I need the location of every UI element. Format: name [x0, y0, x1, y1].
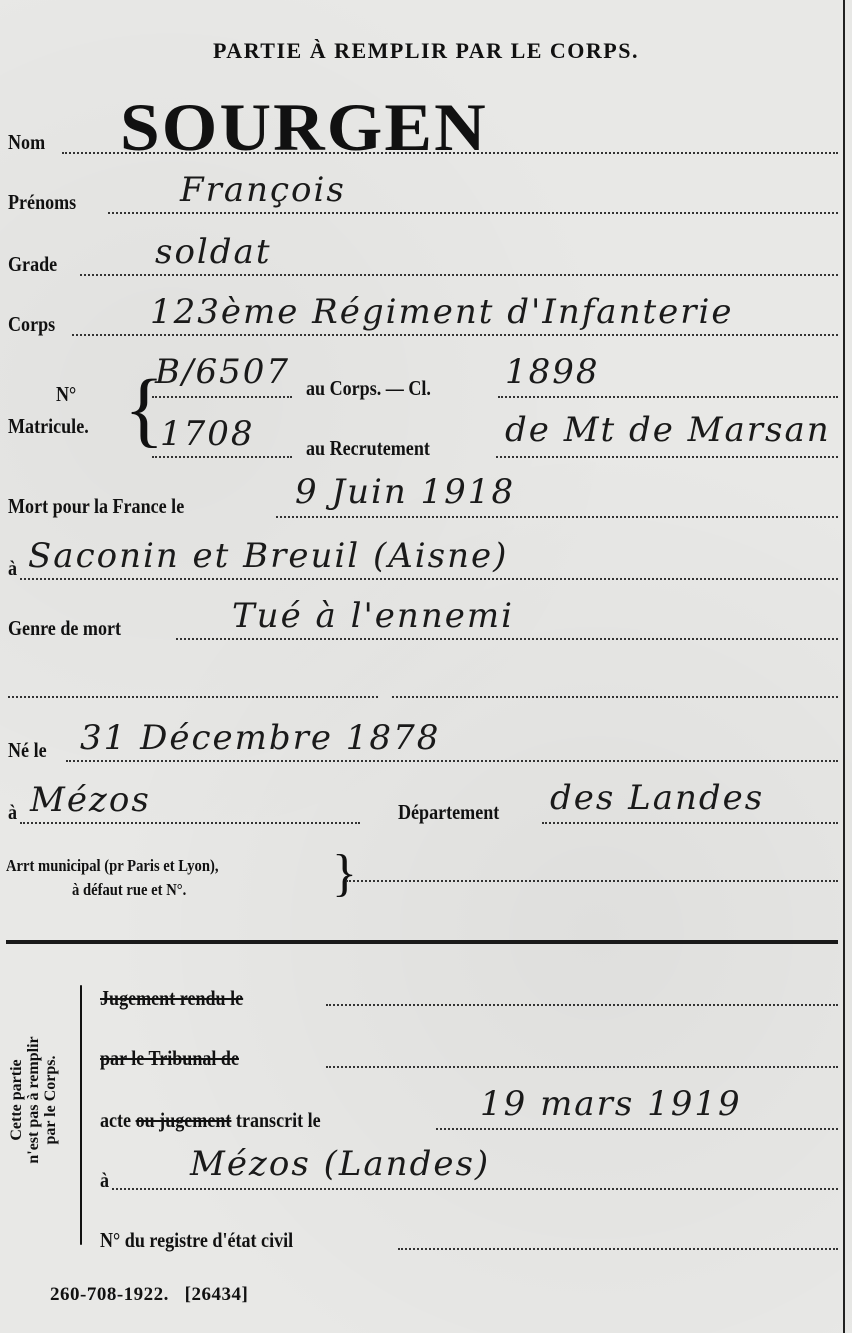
mort-lieu-label: à [8, 556, 17, 581]
corps-value: 123ème Régiment d'Infanterie [150, 292, 734, 332]
section-divider [6, 940, 838, 944]
side-note-line1: Cette partie [8, 970, 25, 1230]
matricule-label-no: N° [56, 382, 76, 407]
prenoms-label: Prénoms [8, 190, 76, 215]
nom-value: SOURGEN [120, 88, 488, 167]
arrondissement-label-line2: à défaut rue et N°. [72, 880, 186, 900]
recrutement-line [496, 456, 838, 458]
acte-line [436, 1128, 838, 1130]
ne-le-line [66, 760, 838, 762]
side-note-line3: par le Corps. [42, 970, 59, 1230]
page-border [843, 0, 845, 1333]
tribunal-line [326, 1066, 838, 1068]
footer-code: 260-708-1922. [50, 1284, 169, 1305]
mort-line [276, 516, 838, 518]
civil-lieu-line [112, 1188, 838, 1190]
registre-line [398, 1248, 838, 1250]
arrondissement-line [346, 880, 838, 882]
mort-lieu-value: Saconin et Breuil (Aisne) [28, 536, 508, 576]
corps-line [72, 334, 838, 336]
recrutement-label: au Recrutement [306, 436, 430, 461]
genre-mort-line [176, 638, 838, 640]
grade-line [80, 274, 838, 276]
ne-le-value: 31 Décembre 1878 [80, 718, 440, 758]
matricule-recrutement-line [152, 456, 292, 458]
departement-line [542, 822, 838, 824]
civil-section-brace [80, 985, 82, 1245]
recrutement-place: de Mt de Marsan [505, 410, 831, 450]
registre-label: N° du registre d'état civil [100, 1228, 293, 1253]
civil-side-note: Cette partie n'est pas à remplir par le … [8, 970, 59, 1230]
footer-ref: [26434] [185, 1284, 249, 1305]
departement-label: Département [398, 800, 499, 825]
classe-line [498, 396, 838, 398]
mort-lieu-line [20, 578, 838, 580]
blank-line-left [8, 696, 378, 698]
acte-label-struck: ou jugement [136, 1108, 232, 1132]
acte-label-part2: transcrit le [236, 1108, 321, 1132]
side-note-line2: n'est pas à remplir [25, 970, 42, 1230]
document-page [0, 0, 852, 1333]
ne-lieu-value: Mézos [30, 780, 151, 820]
matricule-corps-label: au Corps. — Cl. [306, 376, 431, 401]
grade-value: soldat [155, 232, 272, 272]
prenoms-value: François [180, 170, 346, 210]
civil-lieu-value: Mézos (Landes) [190, 1144, 490, 1184]
acte-label: acte ou jugement transcrit le [100, 1108, 321, 1133]
genre-mort-value: Tué à l'ennemi [232, 596, 514, 636]
grade-label: Grade [8, 252, 57, 277]
jugement-label-text: Jugement rendu le [100, 986, 243, 1010]
form-header: PARTIE À REMPLIR PAR LE CORPS. [0, 38, 852, 64]
matricule-label: Matricule. [8, 414, 89, 439]
classe-value: 1898 [505, 352, 600, 392]
acte-value: 19 mars 1919 [480, 1084, 742, 1124]
footer-print-code: 260-708-1922. [26434] [50, 1284, 248, 1306]
matricule-recrutement-value: 1708 [160, 414, 255, 454]
civil-lieu-label: à [100, 1168, 109, 1193]
jugement-line [326, 1004, 838, 1006]
departement-value: des Landes [550, 778, 764, 818]
nom-label: Nom [8, 130, 45, 155]
prenoms-line [108, 212, 838, 214]
mort-label: Mort pour la France le [8, 494, 184, 519]
ne-lieu-label: à [8, 800, 17, 825]
blank-line-right [392, 696, 838, 698]
ne-le-label: Né le [8, 738, 47, 763]
mort-value: 9 Juin 1918 [295, 472, 515, 512]
tribunal-label-text: par le Tribunal de [100, 1046, 239, 1070]
acte-label-part1: acte [100, 1108, 131, 1132]
arrondissement-brace: } [332, 848, 357, 900]
tribunal-label: par le Tribunal de [100, 1046, 239, 1071]
ne-lieu-line [20, 822, 360, 824]
corps-label: Corps [8, 312, 55, 337]
arrondissement-label-line1: Arrt municipal (pr Paris et Lyon), [6, 856, 219, 876]
matricule-corps-line [152, 396, 292, 398]
genre-mort-label: Genre de mort [8, 616, 121, 641]
jugement-label: Jugement rendu le [100, 986, 243, 1011]
matricule-corps-value: B/6507 [155, 352, 290, 392]
